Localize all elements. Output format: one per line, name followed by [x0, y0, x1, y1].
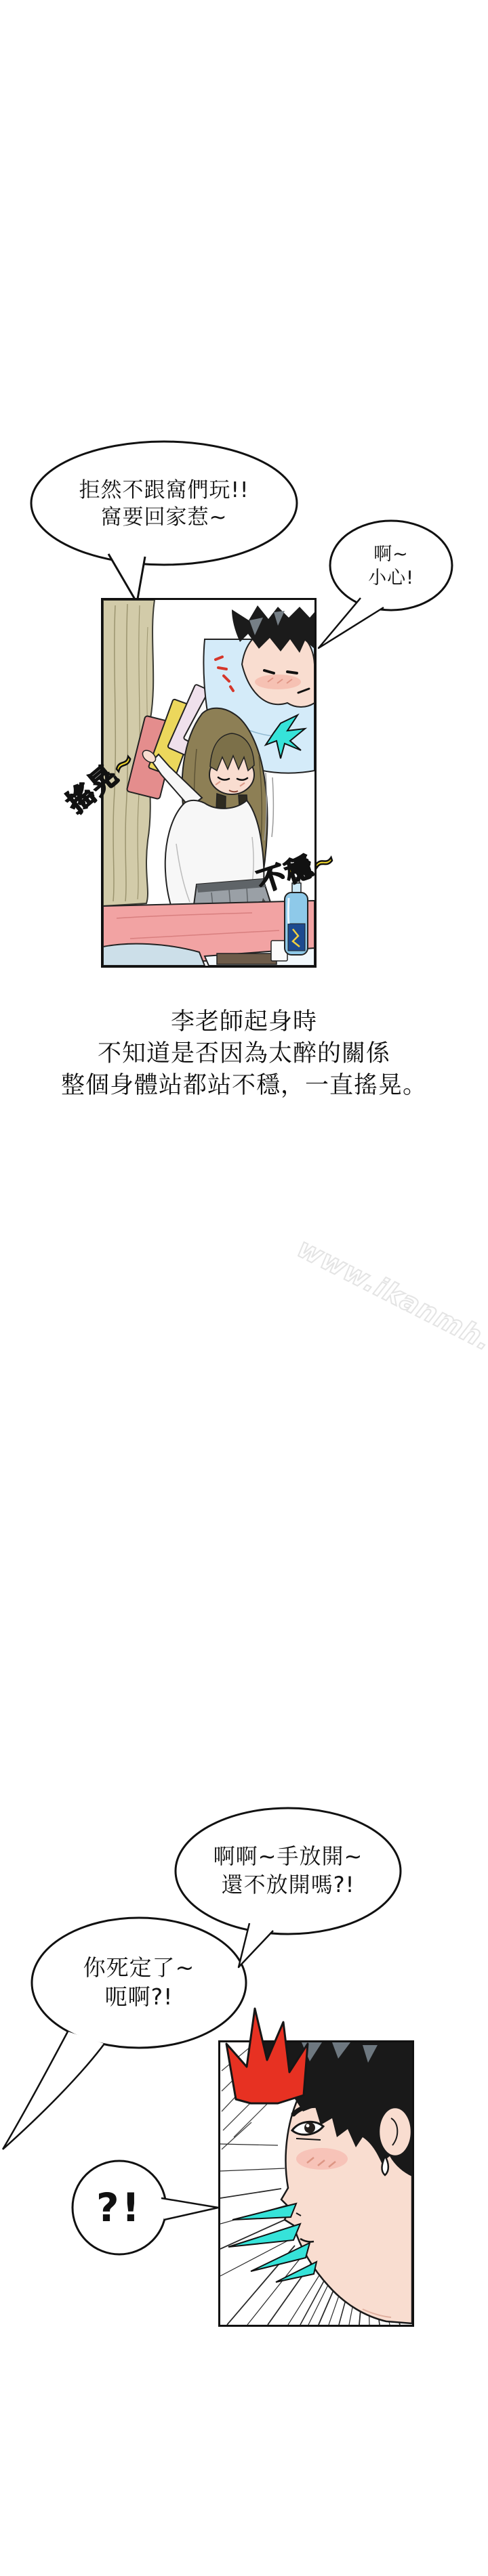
speech-bubble-5-text: ?!	[73, 2162, 165, 2254]
bubble-5-text: ?!	[96, 2185, 142, 2231]
bubble-2-line-1: 啊~	[373, 542, 409, 566]
speech-bubble-1-text: 拒然不跟窩們玩!! 窩要回家惹~	[33, 444, 296, 564]
narration-line-3: 整個身體站都站不穩，一直搖晃。	[0, 1070, 488, 1102]
anger-flame-icon	[224, 2004, 325, 2105]
comic-panel-1	[101, 598, 317, 968]
ear	[379, 2107, 411, 2156]
blush	[296, 2148, 348, 2170]
bubble-1-line-2: 窩要回家惹~	[101, 504, 228, 531]
narration-block: 李老師起身時 不知道是否因為太醉的關係 整個身體站都站不穩，一直搖晃。	[0, 1006, 488, 1102]
narration-line-2: 不知道是否因為太醉的關係	[0, 1038, 488, 1070]
bubble-3-line-1: 啊啊~手放開~	[213, 1843, 363, 1871]
bubble-4-line-2: 呃啊?!	[105, 1983, 174, 2012]
panel-1-artwork	[103, 600, 314, 966]
bubble-3-line-2: 還不放開嗎?!	[222, 1871, 355, 1899]
speech-bubble-2-text: 啊~ 小心!	[333, 523, 449, 609]
bed	[103, 901, 314, 966]
site-watermark: www.ikanmh.top	[292, 1232, 488, 1381]
bubble-2-line-2: 小心!	[368, 566, 414, 590]
comic-page: 拒然不跟窩們玩!! 窩要回家惹~ 啊~ 小心!	[0, 0, 488, 2576]
narration-line-1: 李老師起身時	[0, 1006, 488, 1038]
speech-bubble-3-text: 啊啊~手放開~ 還不放開嗎?!	[190, 1825, 386, 1917]
bubble-1-line-1: 拒然不跟窩們玩!!	[79, 477, 249, 504]
